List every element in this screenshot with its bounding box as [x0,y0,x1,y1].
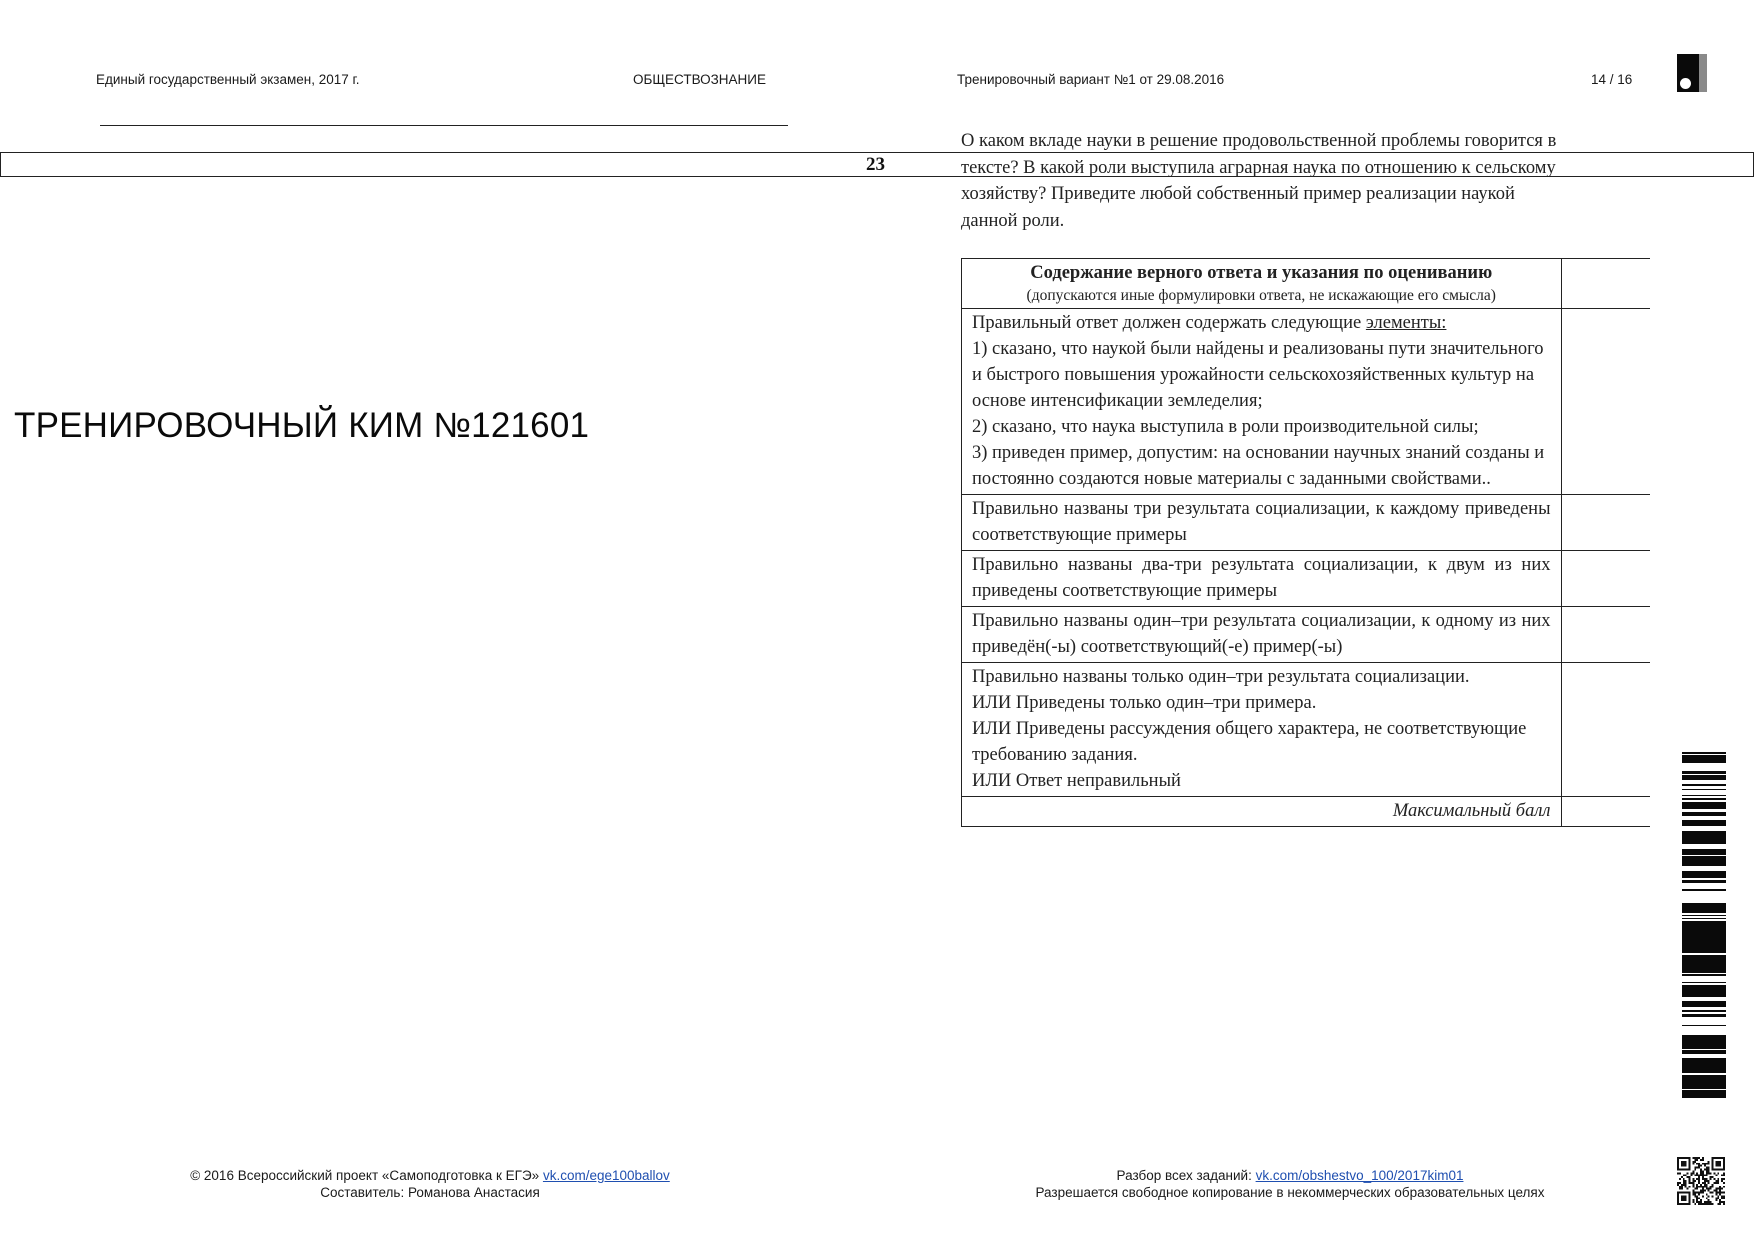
answer-element-3: 3) приведен пример, допустим: на основан… [972,440,1551,492]
grading-cell: Правильно названы один–три результата со… [962,607,1562,663]
fail-row: Правильно названы только один–три резуль… [962,663,1651,797]
criteria-header-subtitle: (допускаются иные формулировки ответа, н… [972,286,1551,306]
criteria-table: Содержание верного ответа и указания по … [961,258,1650,827]
score-cell [1561,551,1650,607]
max-score-row: Максимальный балл [962,797,1651,827]
footer-copyright: © 2016 Всероссийский проект «Самоподгото… [190,1168,543,1183]
answer-elements-row: Правильный ответ должен содержать следую… [962,309,1651,495]
footer-left: © 2016 Всероссийский проект «Самоподгото… [160,1167,700,1201]
grading-row: Правильно названы один–три результата со… [962,607,1651,663]
header-subject: ОБЩЕСТВОЗНАНИЕ [633,72,766,87]
fail-line: ИЛИ Приведены рассуждения общего характе… [972,716,1551,768]
task-question: О каком вкладе науки в решение продоволь… [961,128,1561,234]
header-divider [100,125,788,126]
criteria-header-cell: Содержание верного ответа и указания по … [962,259,1562,309]
fail-line: Правильно названы только один–три резуль… [972,664,1551,690]
grading-row: Правильно названы три результата социали… [962,495,1651,551]
qr-code-icon [1677,1157,1725,1205]
grading-row: Правильно названы два-три результата соц… [962,551,1651,607]
fail-line: ИЛИ Ответ неправильный [972,768,1551,794]
criteria-header-row: Содержание верного ответа и указания по … [962,259,1651,309]
footer-license: Разрешается свободное копирование в неко… [990,1184,1590,1201]
score-cell [1561,607,1650,663]
score-cell [1561,309,1650,495]
footer-project-link[interactable]: vk.com/ege100ballov [543,1168,670,1183]
answer-elements-cell: Правильный ответ должен содержать следую… [962,309,1562,495]
barcode-icon [1682,752,1726,1100]
footer-analysis-label: Разбор всех заданий: [1117,1168,1256,1183]
grading-cell: Правильно названы три результата социали… [962,495,1562,551]
max-score-cell [1561,797,1650,827]
score-cell [1561,495,1650,551]
score-header-cell [1561,259,1650,309]
answer-intro-text: Правильный ответ должен содержать следую… [972,313,1366,333]
max-score-label: Максимальный балл [962,797,1562,827]
header-exam-title: Единый государственный экзамен, 2017 г. [96,72,360,87]
header-variant: Тренировочный вариант №1 от 29.08.2016 [957,72,1224,87]
fail-line: ИЛИ Приведены только один–три примера. [972,690,1551,716]
answer-intro: Правильный ответ должен содержать следую… [972,310,1551,336]
kim-label: ТРЕНИРОВОЧНЫЙ КИМ №121601 [14,406,589,446]
footer-author: Составитель: Романова Анастасия [160,1184,700,1201]
answer-element-1: 1) сказано, что наукой были найдены и ре… [972,336,1551,414]
footer-right: Разбор всех заданий: vk.com/obshestvo_10… [990,1167,1590,1201]
answer-intro-underlined: элементы: [1366,313,1447,333]
fail-cell: Правильно названы только один–три резуль… [962,663,1562,797]
footer-analysis-link[interactable]: vk.com/obshestvo_100/2017kim01 [1256,1168,1464,1183]
task-number: 23 [866,154,885,176]
exam-logo-icon [1677,54,1707,92]
grading-cell: Правильно названы два-три результата соц… [962,551,1562,607]
page-number: 14 / 16 [1591,72,1632,87]
score-cell [1561,663,1650,797]
answer-element-2: 2) сказано, что наука выступила в роли п… [972,414,1551,440]
criteria-header-title: Содержание верного ответа и указания по … [972,260,1551,286]
